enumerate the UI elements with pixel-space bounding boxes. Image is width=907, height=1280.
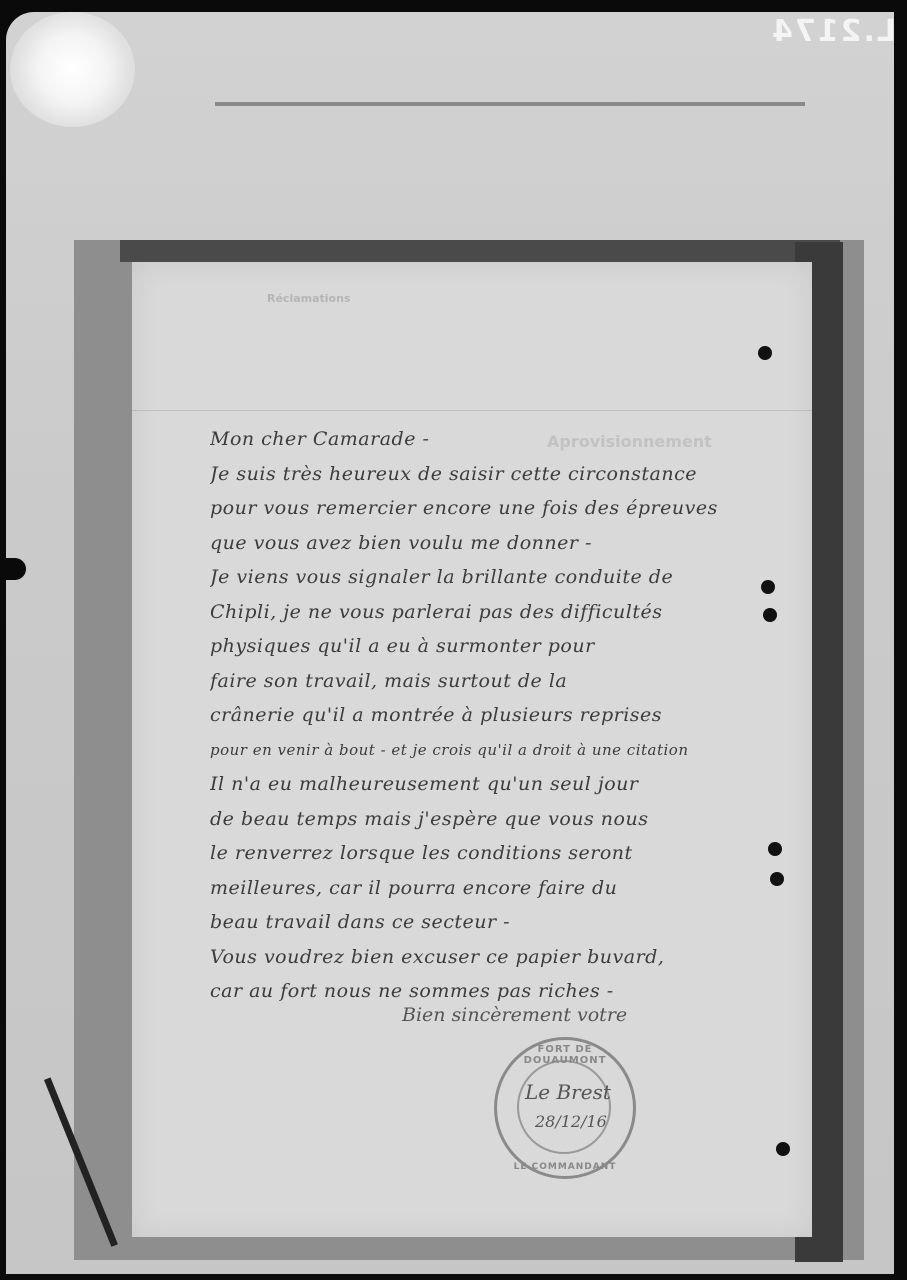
plate-notch xyxy=(0,558,26,580)
punch-hole xyxy=(776,1142,790,1156)
faint-letterhead: Réclamations xyxy=(267,292,351,305)
letter-line: pour vous remercier encore une fois des … xyxy=(210,491,800,526)
mounting-board-top-edge xyxy=(120,240,840,262)
letter-line: que vous avez bien voulu me donner - xyxy=(210,526,800,561)
letter-line: Il n'a eu malheureusement qu'un seul jou… xyxy=(210,767,800,802)
letter-line: faire son travail, mais surtout de la xyxy=(210,664,800,699)
stamp-inner-ring xyxy=(517,1060,611,1154)
letter-line: physiques qu'il a eu à surmonter pour xyxy=(210,629,800,664)
light-flare xyxy=(10,12,135,127)
letter-line: beau travail dans ce secteur - xyxy=(210,905,800,940)
stamp-top-text: FORT DE DOUAUMONT xyxy=(497,1044,633,1066)
stamp-bottom-text: LE COMMANDANT xyxy=(497,1162,633,1172)
stamp-signature: Le Brest xyxy=(525,1080,611,1104)
letter-line: meilleures, car il pourra encore faire d… xyxy=(210,871,800,906)
letter-line: de beau temps mais j'espère que vous nou… xyxy=(210,802,800,837)
stamp-date: 28/12/16 xyxy=(535,1112,607,1131)
letter-line: pour en venir à bout - et je crois qu'il… xyxy=(210,733,800,768)
punch-hole xyxy=(758,346,772,360)
letter-closing: Bien sincèrement votre xyxy=(402,1004,627,1026)
letter-body: Mon cher Camarade - Je suis très heureux… xyxy=(210,422,800,1009)
letter-line: Je viens vous signaler la brillante cond… xyxy=(210,560,800,595)
paper-rule xyxy=(132,410,812,411)
letter-salutation: Mon cher Camarade - xyxy=(210,422,800,457)
letter-line: le renverrez lorsque les conditions sero… xyxy=(210,836,800,871)
letter-paper: Réclamations Aprovisionnement Mon cher C… xyxy=(132,262,812,1237)
letter-line: crânerie qu'il a montrée à plusieurs rep… xyxy=(210,698,800,733)
fort-douaumont-stamp: FORT DE DOUAUMONT LE COMMANDANT Le Brest… xyxy=(494,1037,636,1179)
letter-line: Vous voudrez bien excuser ce papier buva… xyxy=(210,940,800,975)
letter-line: Chipli, je ne vous parlerai pas des diff… xyxy=(210,595,800,630)
catalog-number: L.2174 xyxy=(770,14,896,49)
letter-line: Je suis très heureux de saisir cette cir… xyxy=(210,457,800,492)
plate-clip-edge xyxy=(215,102,805,106)
